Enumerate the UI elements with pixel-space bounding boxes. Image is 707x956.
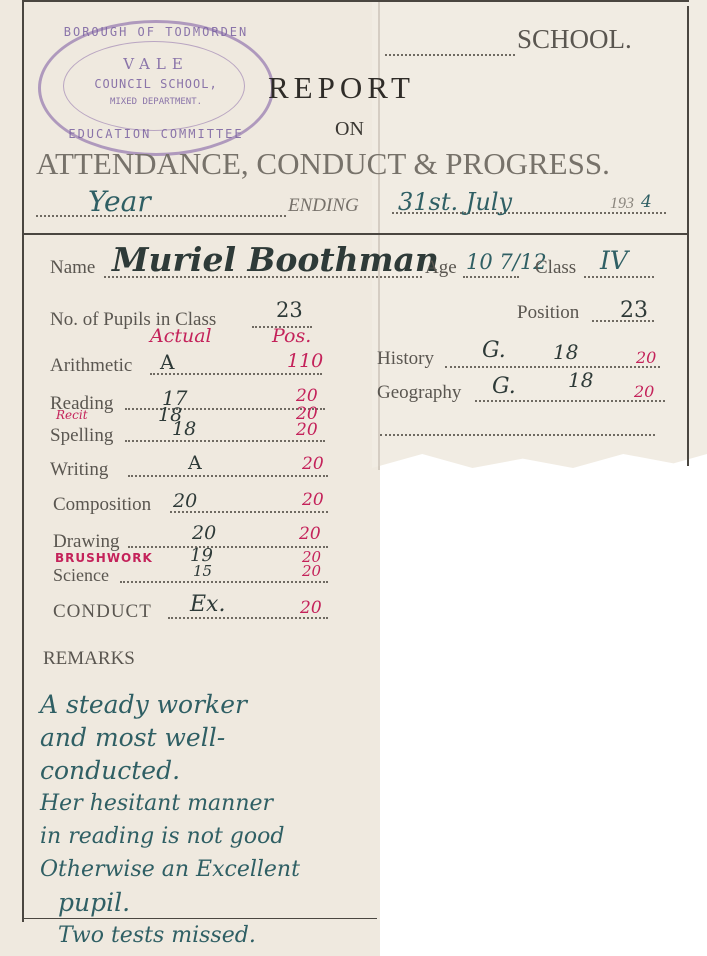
subject-possible: 20 (296, 386, 318, 406)
subject-possible: 20 (634, 382, 654, 401)
subject-line (128, 475, 328, 477)
position-value: 23 (620, 298, 648, 323)
pupils-in-class-value: 23 (276, 298, 303, 322)
report-subtitle: ATTENDANCE, CONDUCT & PROGRESS. (36, 146, 610, 182)
subject-grade: G. (492, 374, 516, 399)
subject-line (125, 440, 325, 442)
subject-label: Science (53, 565, 109, 586)
subject-label: History (377, 348, 434, 370)
remarks-line: in reading is not good (40, 820, 380, 853)
subject-score: 18 (172, 418, 196, 440)
top-border (22, 0, 689, 2)
subject-possible: 20 (302, 454, 324, 474)
stamp-outer-bottom: EDUCATION COMMITTEE (41, 127, 271, 141)
stamp-line3: MIXED DEPARTMENT. (41, 97, 271, 107)
class-line (584, 276, 654, 278)
remarks-label: REMARKS (43, 648, 135, 670)
subject-line (128, 546, 328, 548)
subject-possible: 20 (299, 524, 321, 544)
subject-possible: 110 (287, 350, 323, 372)
subject-line (445, 366, 660, 368)
subject-score: 20 (192, 522, 216, 544)
subject-label: Recit (56, 408, 88, 422)
subject-possible: 20 (302, 490, 324, 510)
report-on: ON (335, 118, 364, 141)
possible-header: Pos. (272, 325, 311, 347)
subject-label: Spelling (50, 425, 113, 447)
subject-grade: A (188, 452, 202, 474)
period-value: Year (88, 185, 151, 218)
left-border (22, 0, 24, 922)
right-border (687, 6, 689, 466)
report-title: REPORT (268, 70, 415, 106)
subject-score: 18 (553, 340, 578, 364)
subject-grade: Ex. (190, 592, 225, 617)
remarks-line: A steady worker (40, 688, 380, 721)
remarks-line: and most well- (40, 721, 380, 754)
subject-possible: 20 (636, 348, 656, 367)
ending-label: ENDING (288, 195, 359, 217)
stamp-line1: VALE (41, 55, 271, 73)
actual-header: Actual (150, 325, 212, 347)
subject-label: Composition (53, 494, 151, 516)
subject-score: 20 (173, 490, 197, 512)
school-label: SCHOOL. (517, 24, 632, 55)
school-name-line (385, 54, 515, 56)
remarks-line: Two tests missed. (40, 919, 380, 952)
subject-label: CONDUCT (53, 601, 152, 623)
name-label: Name (50, 257, 95, 279)
subject-label: Arithmetic (50, 355, 132, 377)
age-line (463, 276, 519, 278)
period-line (36, 215, 286, 217)
subject-score: 18 (568, 368, 593, 392)
stamp-line2: COUNCIL SCHOOL, (41, 77, 271, 91)
age-label: Age (425, 257, 457, 279)
subject-grade: A (160, 350, 174, 374)
subject-label: Drawing (53, 531, 119, 553)
subject-score: 15 (193, 562, 212, 580)
remarks-line: pupil. (40, 886, 380, 919)
remarks-text: A steady worker and most well- conducted… (40, 688, 380, 952)
school-stamp: BOROUGH OF TODMORDEN VALE COUNCIL SCHOOL… (38, 20, 274, 156)
subject-label: BRUSHWORK (55, 551, 153, 565)
subject-label: Geography (377, 382, 461, 404)
ending-date: 31st. July (398, 188, 512, 216)
subject-grade: G. (482, 338, 506, 363)
subject-line (150, 373, 322, 375)
class-label: Class (535, 257, 576, 279)
subject-label: Writing (50, 459, 108, 481)
remarks-line: conducted. (40, 754, 380, 787)
header-divider (22, 233, 689, 235)
subject-possible: 20 (300, 598, 322, 618)
subject-line (125, 408, 325, 410)
year-handwritten: 4 (641, 192, 652, 212)
subject-possible: 20 (302, 562, 321, 580)
year-printed: 193 (610, 195, 634, 213)
subject-line (120, 581, 328, 583)
pupil-name: Muriel Boothman (112, 240, 439, 279)
remarks-line: Her hesitant manner (40, 787, 380, 820)
class-value: IV (600, 246, 628, 275)
subject-possible: 20 (296, 420, 318, 440)
remarks-line: Otherwise an Excellent (40, 853, 380, 886)
stamp-outer-top: BOROUGH OF TODMORDEN (41, 25, 271, 39)
position-label: Position (517, 302, 579, 324)
blank-subject-line (380, 434, 655, 436)
